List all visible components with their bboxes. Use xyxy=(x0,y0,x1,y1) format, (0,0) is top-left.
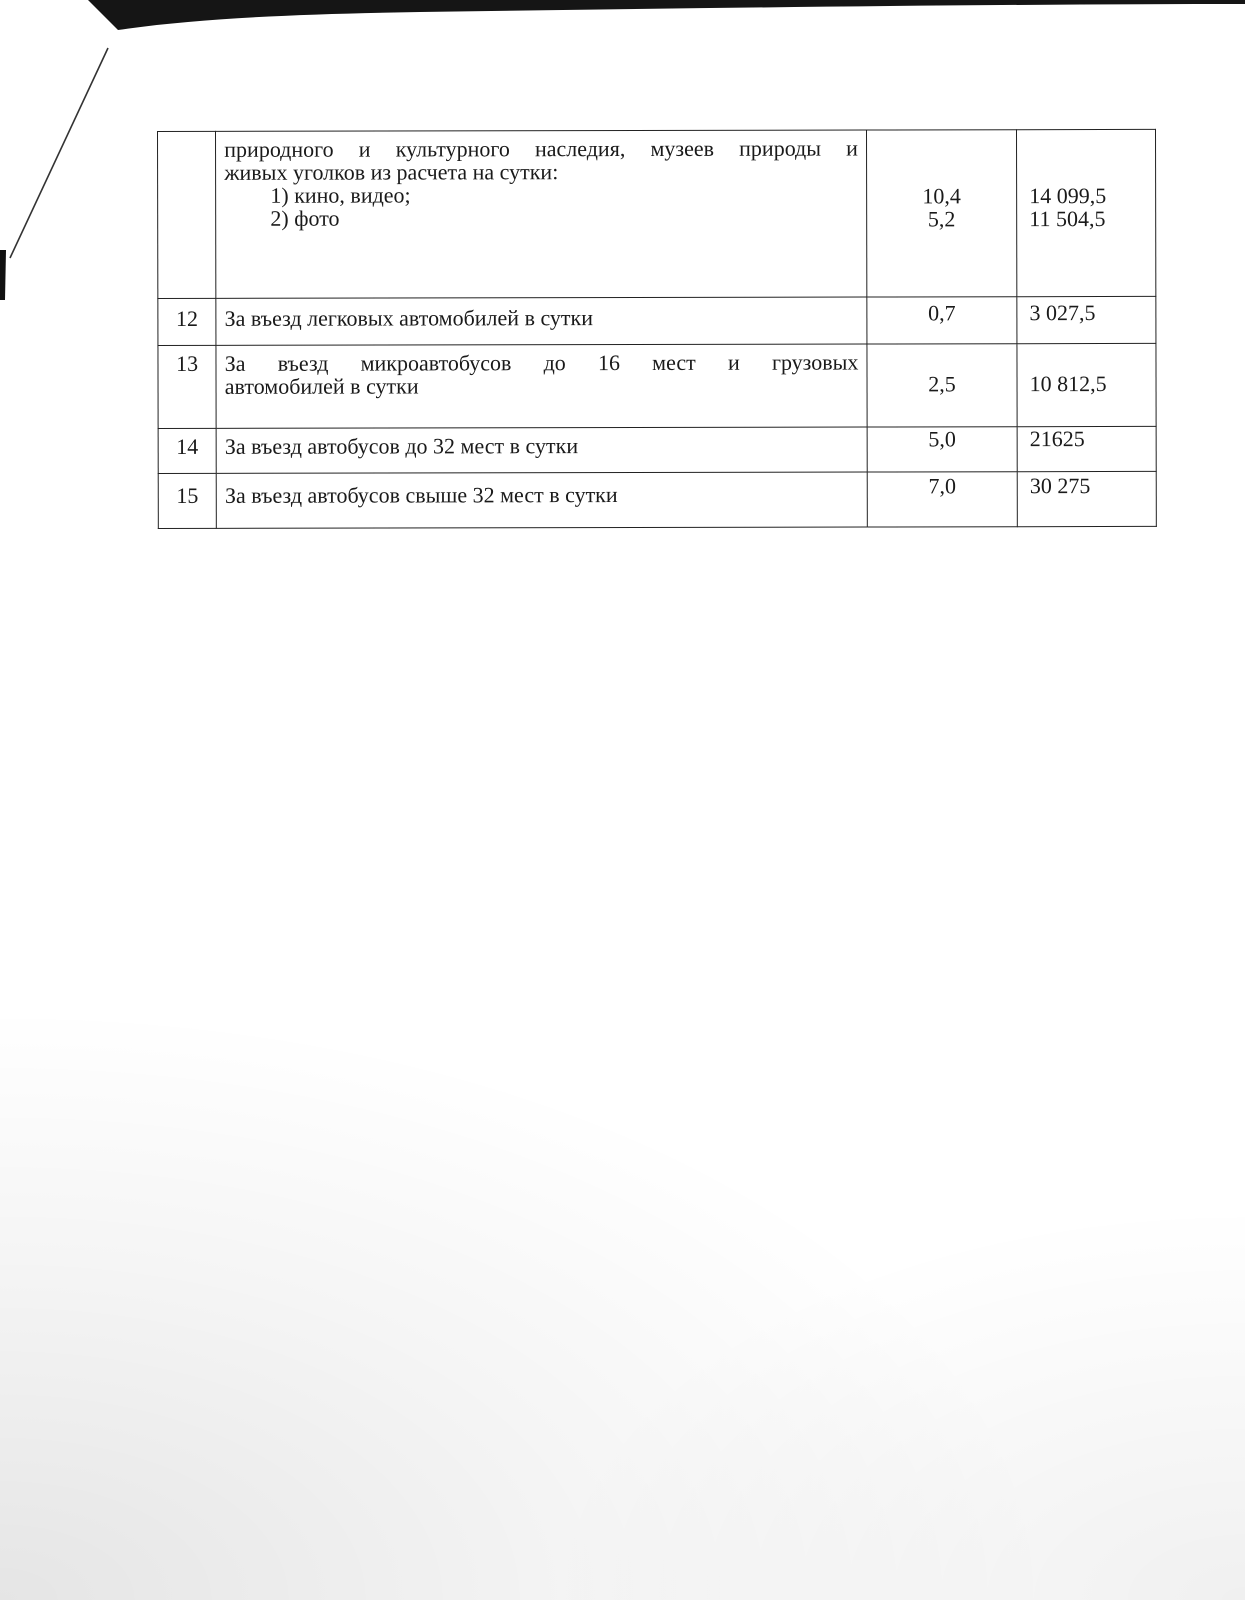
row-price: 3 027,5 xyxy=(1017,296,1156,343)
row-description: природного и культурного наследия, музее… xyxy=(216,130,867,298)
row-coefficient: 10,4 5,2 xyxy=(866,130,1017,297)
row-number xyxy=(158,131,217,298)
table-row: 14 За въезд автобусов до 32 мест в сутки… xyxy=(158,426,1156,473)
row-description: За въезд автобусов свыше 32 мест в сутки xyxy=(216,472,867,528)
table-row: 12 За въезд легковых автомобилей в сутки… xyxy=(158,296,1156,345)
tariff-table: природного и культурного наследия, музее… xyxy=(157,129,1157,529)
row-coefficient: 2,5 xyxy=(867,344,1017,427)
sub-item-label: 1) кино, видео; xyxy=(224,183,858,207)
row-price: 10 812,5 xyxy=(1017,343,1156,426)
sub-item-price: 14 099,5 xyxy=(1029,184,1147,207)
row-coefficient: 0,7 xyxy=(867,297,1017,344)
desc-line: За въезд микроавтобусов до 16 мест и гру… xyxy=(225,351,859,375)
sub-item-coef: 10,4 xyxy=(875,184,1008,207)
sub-item-price: 11 504,5 xyxy=(1029,207,1147,230)
row-coefficient: 7,0 xyxy=(867,472,1017,527)
table-row: 13 За въезд микроавтобусов до 16 мест и … xyxy=(158,343,1156,428)
row-price: 21625 xyxy=(1017,426,1156,471)
row-coefficient: 5,0 xyxy=(867,427,1017,472)
table-row: природного и культурного наследия, музее… xyxy=(158,129,1156,298)
scan-top-shadow xyxy=(0,0,1245,40)
desc-line: природного и культурного наследия, музее… xyxy=(224,137,858,161)
row-description: За въезд автобусов до 32 мест в сутки xyxy=(216,427,867,473)
row-description: За въезд микроавтобусов до 16 мест и гру… xyxy=(216,344,867,428)
sub-item-label: 2) фото xyxy=(224,206,858,230)
table-row: 15 За въезд автобусов свыше 32 мест в су… xyxy=(158,471,1156,528)
row-number: 12 xyxy=(158,298,216,345)
row-number: 13 xyxy=(158,345,216,428)
row-description: За въезд легковых автомобилей в сутки xyxy=(216,297,867,345)
row-number: 15 xyxy=(158,473,216,528)
row-price: 30 275 xyxy=(1017,471,1156,526)
sub-item-coef: 5,2 xyxy=(875,207,1008,230)
row-number: 14 xyxy=(158,428,216,473)
row-price: 14 099,5 11 504,5 xyxy=(1017,129,1156,296)
desc-line: автомобилей в сутки xyxy=(225,374,859,398)
scan-noise xyxy=(0,900,1245,1600)
scan-left-edge xyxy=(0,0,140,300)
desc-line: живых уголков из расчета на сутки: xyxy=(224,160,858,184)
